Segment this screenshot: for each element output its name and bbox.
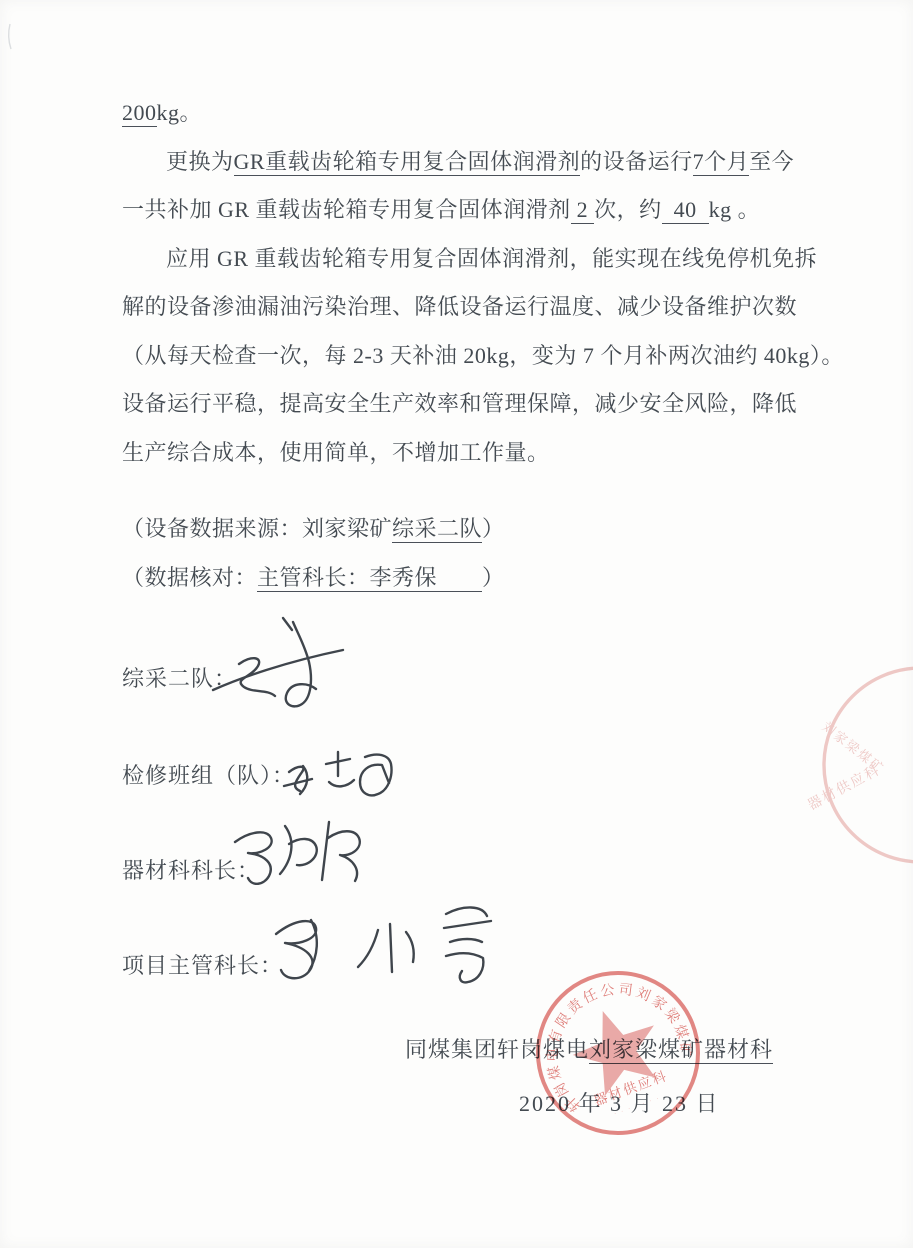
text-segment: 设备运行平稳，提高安全生产效率和管理保障，减少安全风险，降低 bbox=[122, 391, 797, 416]
scanned-document-page: 200kg。 更换为GR重载齿轮箱专用复合固体润滑剂的设备运行7个月至今 一共补… bbox=[0, 0, 913, 1248]
text-segment: 解的设备渗油漏油污染治理、降低设备运行温度、减少设备维护次数 bbox=[122, 294, 797, 319]
seal-banner-text: 器材供应科 bbox=[592, 1067, 670, 1109]
text-segment: GR重载齿轮箱专用复合固体润滑剂 bbox=[234, 149, 581, 176]
text-segment: 7个月 bbox=[693, 149, 750, 176]
text-segment: （从每天检查一次，每 2-3 天补油 20kg，变为 7 个月补两次油约 40k… bbox=[122, 343, 844, 368]
text-segment: 40 bbox=[662, 197, 709, 224]
text-segment: 次，约 bbox=[594, 197, 662, 222]
data-source-line: （设备数据来源：刘家梁矿综采二队） bbox=[122, 505, 822, 554]
signature-label-project-chief: 项目主管科长： bbox=[122, 951, 283, 981]
body-line: 解的设备渗油漏油污染治理、降低设备运行温度、减少设备维护次数 bbox=[122, 283, 842, 332]
body-line: 更换为GR重载齿轮箱专用复合固体润滑剂的设备运行7个月至今 bbox=[122, 138, 842, 187]
text-segment: 主管科长：李秀保 bbox=[257, 565, 482, 592]
text-segment: 2 bbox=[571, 197, 595, 224]
text-segment: （设备数据来源：刘家梁矿 bbox=[122, 516, 392, 541]
body-line: 200kg。 bbox=[122, 89, 842, 138]
text-segment: 应用 GR 重载齿轮箱专用复合固体润滑剂，能实现在线免停机免拆 bbox=[166, 246, 817, 271]
text-segment: ） bbox=[482, 516, 505, 541]
text-segment: kg 。 bbox=[709, 197, 761, 222]
body-line: 生产综合成本，使用简单，不增加工作量。 bbox=[122, 429, 842, 478]
text-segment: 更换为 bbox=[166, 149, 234, 174]
official-seal-right-partial: 刘家梁煤矿 器材供应科 bbox=[793, 660, 913, 875]
signature-materials-chief bbox=[225, 818, 370, 896]
signature-project-chief bbox=[260, 902, 510, 997]
official-seal-bottom: 轩岗煤电有限责任公司刘家梁煤矿 器材供应科 · · · · · · · bbox=[518, 953, 718, 1153]
text-segment: 至今 bbox=[749, 149, 794, 174]
text-segment: 200 bbox=[122, 100, 157, 127]
body-line: 一共补加 GR 重载齿轮箱专用复合固体润滑剂 2 次，约 40 kg 。 bbox=[122, 186, 842, 235]
text-segment: 的设备运行 bbox=[580, 149, 693, 174]
signature-label-maintenance-crew: 检修班组（队）： bbox=[122, 761, 295, 791]
text-segment: 一共补加 GR 重载齿轮箱专用复合固体润滑剂 bbox=[122, 197, 571, 222]
scan-artifact-mark bbox=[4, 22, 16, 52]
signature-mining-team bbox=[205, 612, 355, 712]
text-segment: ） bbox=[482, 565, 505, 590]
body-line: 应用 GR 重载齿轮箱专用复合固体润滑剂，能实现在线免停机免拆 bbox=[122, 235, 842, 284]
text-segment: 综采二队 bbox=[392, 516, 482, 543]
data-check-line: （数据核对：主管科长：李秀保 ） bbox=[122, 554, 822, 603]
data-source-block: （设备数据来源：刘家梁矿综采二队） （数据核对：主管科长：李秀保 ） bbox=[122, 505, 822, 602]
text-segment: （数据核对： bbox=[122, 565, 257, 590]
signature-maintenance-crew bbox=[281, 744, 396, 806]
seal-fragment-bottom: 器材供应科 bbox=[805, 761, 884, 814]
text-segment: kg。 bbox=[157, 100, 203, 125]
body-line: 设备运行平稳，提高安全生产效率和管理保障，减少安全风险，降低 bbox=[122, 380, 842, 429]
text-segment: 生产综合成本，使用简单，不增加工作量。 bbox=[122, 440, 550, 465]
body-line: （从每天检查一次，每 2-3 天补油 20kg，变为 7 个月补两次油约 40k… bbox=[122, 332, 842, 381]
body-paragraphs: 200kg。 更换为GR重载齿轮箱专用复合固体润滑剂的设备运行7个月至今 一共补… bbox=[122, 89, 842, 477]
